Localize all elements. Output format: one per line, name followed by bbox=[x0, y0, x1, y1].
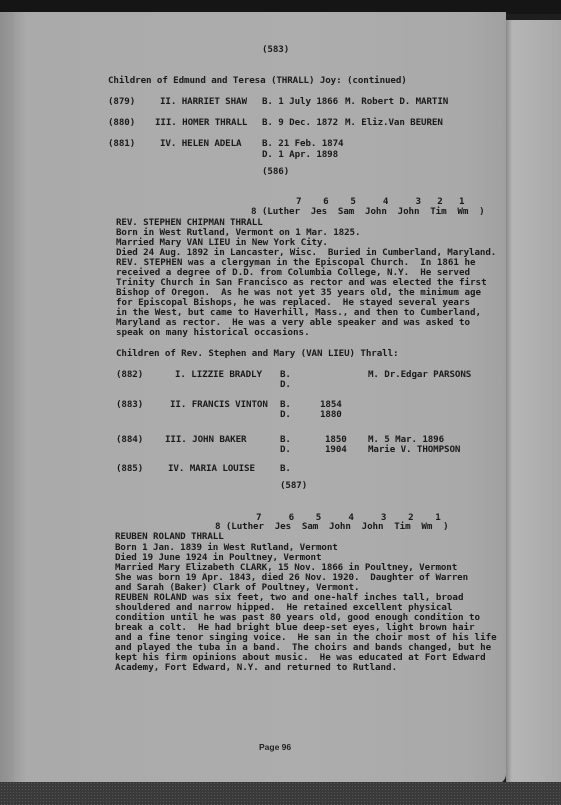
death-date: D. 1 Apr. 1898 bbox=[262, 150, 338, 160]
child-name: IV. HELEN ADELA bbox=[160, 139, 241, 149]
entry-id: (883) bbox=[116, 400, 143, 410]
entry-id: (884) bbox=[116, 435, 143, 445]
spouse: Marie V. THOMPSON bbox=[368, 445, 460, 455]
lineage-ancestors: 8 (Luther Jes Sam John John Tim Wm ) bbox=[215, 522, 449, 532]
page-number: Page 96 bbox=[259, 742, 291, 752]
birth-date: B. 9 Dec. 1872 bbox=[262, 118, 338, 128]
section-number-586: (586) bbox=[262, 167, 289, 177]
child-name: III. HOMER THRALL bbox=[155, 118, 247, 128]
person-name: REUBEN ROLAND THRALL bbox=[115, 532, 224, 542]
section-583-heading: Children of Edmund and Teresa (THRALL) J… bbox=[108, 76, 407, 86]
biography-line: Academy, Fort Edward, N.Y. and returned … bbox=[115, 663, 397, 673]
death-label: D. bbox=[280, 380, 291, 390]
child-name: IV. MARIA LOUISE bbox=[168, 464, 255, 474]
marriage: M. Eliz.Van BEUREN bbox=[345, 118, 443, 128]
section-number-587: (587) bbox=[280, 481, 307, 491]
section-number-583: (583) bbox=[262, 45, 289, 55]
birth-date: B. 1 July 1866 bbox=[262, 97, 338, 107]
entry-id: (881) bbox=[108, 139, 135, 149]
child-name: III. JOHN BAKER bbox=[165, 435, 246, 445]
entry-id: (882) bbox=[116, 370, 143, 380]
page-content: (583) Children of Edmund and Teresa (THR… bbox=[0, 0, 561, 805]
entry-id: (885) bbox=[116, 464, 143, 474]
entry-id: (880) bbox=[108, 118, 135, 128]
death-label: D. bbox=[280, 445, 291, 455]
lineage-ancestors: 8 (Luther Jes Sam John John Tim Wm ) bbox=[251, 207, 485, 217]
death-year: 1880 bbox=[320, 410, 342, 420]
death-year: 1904 bbox=[325, 445, 347, 455]
child-name: I. LIZZIE BRADLY bbox=[175, 370, 262, 380]
marriage: M. Dr.Edgar PARSONS bbox=[368, 370, 471, 380]
children-heading-586: Children of Rev. Stephen and Mary (VAN L… bbox=[116, 349, 398, 359]
birth-date: B. 21 Feb. 1874 bbox=[262, 139, 343, 149]
birth-label: B. bbox=[280, 464, 291, 474]
marriage: M. Robert D. MARTIN bbox=[345, 97, 448, 107]
child-name: II. HARRIET SHAW bbox=[160, 97, 247, 107]
child-name: II. FRANCIS VINTON bbox=[170, 400, 268, 410]
death-label: D. bbox=[280, 410, 291, 420]
entry-id: (879) bbox=[108, 97, 135, 107]
biography-line: speak on many historical occasions. bbox=[116, 328, 310, 338]
